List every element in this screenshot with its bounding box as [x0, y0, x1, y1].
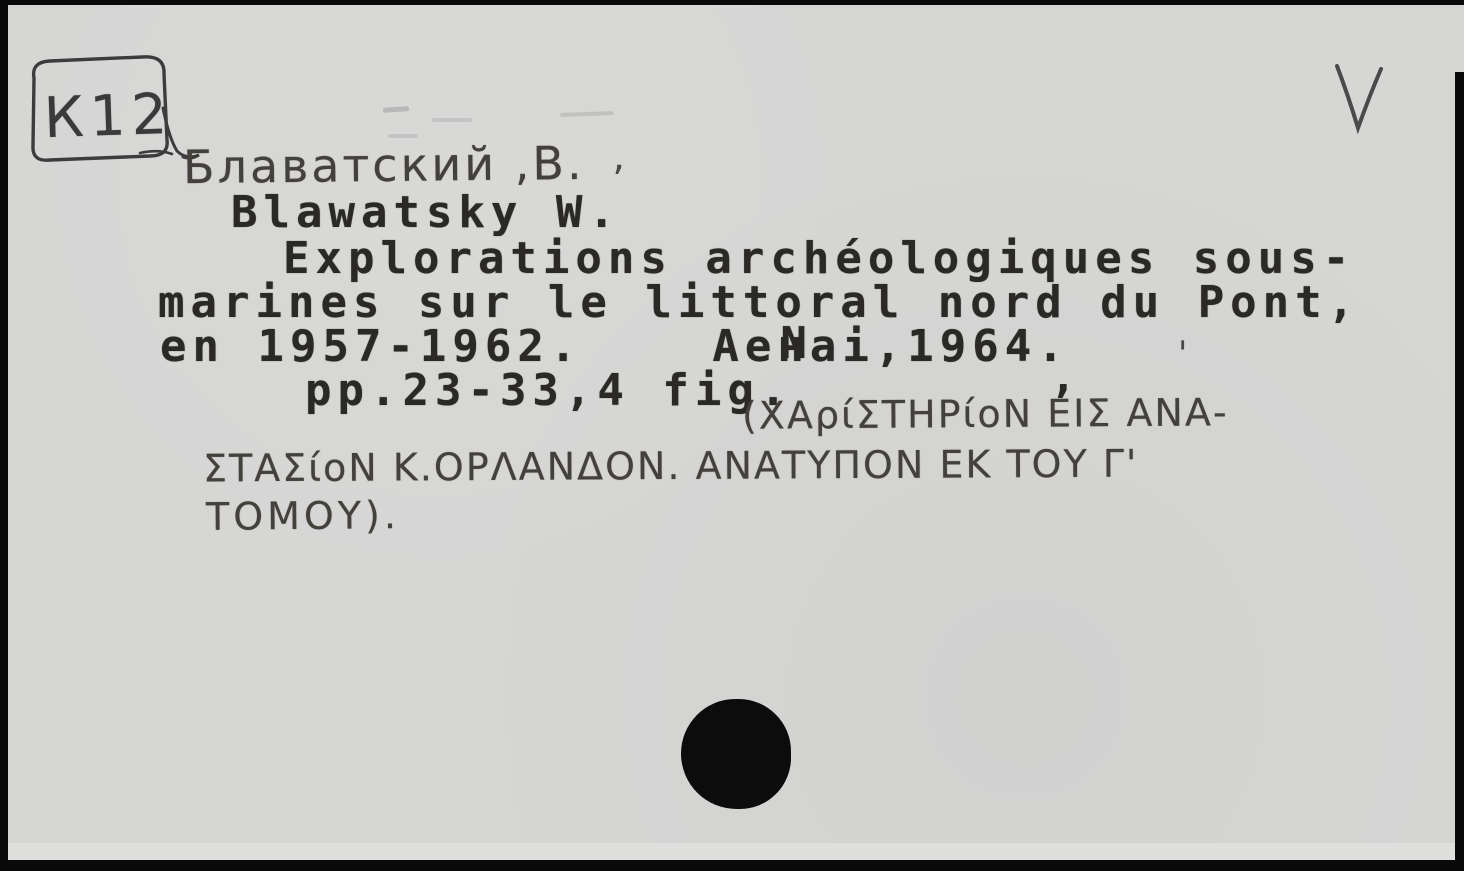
scan-edge-bottom: [0, 860, 1464, 871]
overstrike-top: N: [780, 321, 813, 367]
scan-edge-left: [0, 0, 8, 871]
classmark-label: К12: [43, 82, 174, 151]
greek-note-line: ΤΟΜΟΥ).: [206, 493, 400, 539]
publication-line: en 1957-1962. АенNai,1964.: [160, 324, 1070, 370]
check-mark: [1337, 66, 1381, 128]
scan-edge-right: [1455, 72, 1464, 871]
scan-edge-top: [0, 0, 1464, 5]
ink-smudge: [432, 118, 472, 122]
author-name-latin: Blawatsky W.: [231, 190, 621, 236]
card-bottom-shadow: [8, 843, 1455, 860]
stray-tick-mark: ’: [612, 158, 625, 204]
publication-text-after: ai,1964.: [810, 321, 1070, 372]
ink-smudge: [560, 111, 614, 117]
author-name-russian: Блаватский ,В.: [183, 136, 585, 194]
punch-hole-dot: [681, 699, 791, 809]
ink-smudge: [383, 106, 409, 113]
overstruck-character: нN: [777, 324, 810, 370]
pages-figures-line: pp.23-33,4 fig.: [305, 368, 792, 414]
title-line: Explorations archéologiques sous-: [283, 236, 1355, 282]
stray-tick-mark: ': [1178, 334, 1187, 374]
classmark-box-tail-2: [140, 151, 172, 154]
greek-note-line: ΣΤΑΣίοΝ Κ.ΟΡΛΑΝΔΟΝ. ΑΝΑΤΥΠΟΝ ΕΚ ΤΟΥ Γ': [203, 442, 1139, 491]
greek-note-line: (ΧΑρίΣΤΗΡίοΝ ΕΙΣ ΑΝΑ-: [742, 390, 1229, 437]
title-line: marines sur le littoral nord du Pont,: [158, 280, 1360, 326]
